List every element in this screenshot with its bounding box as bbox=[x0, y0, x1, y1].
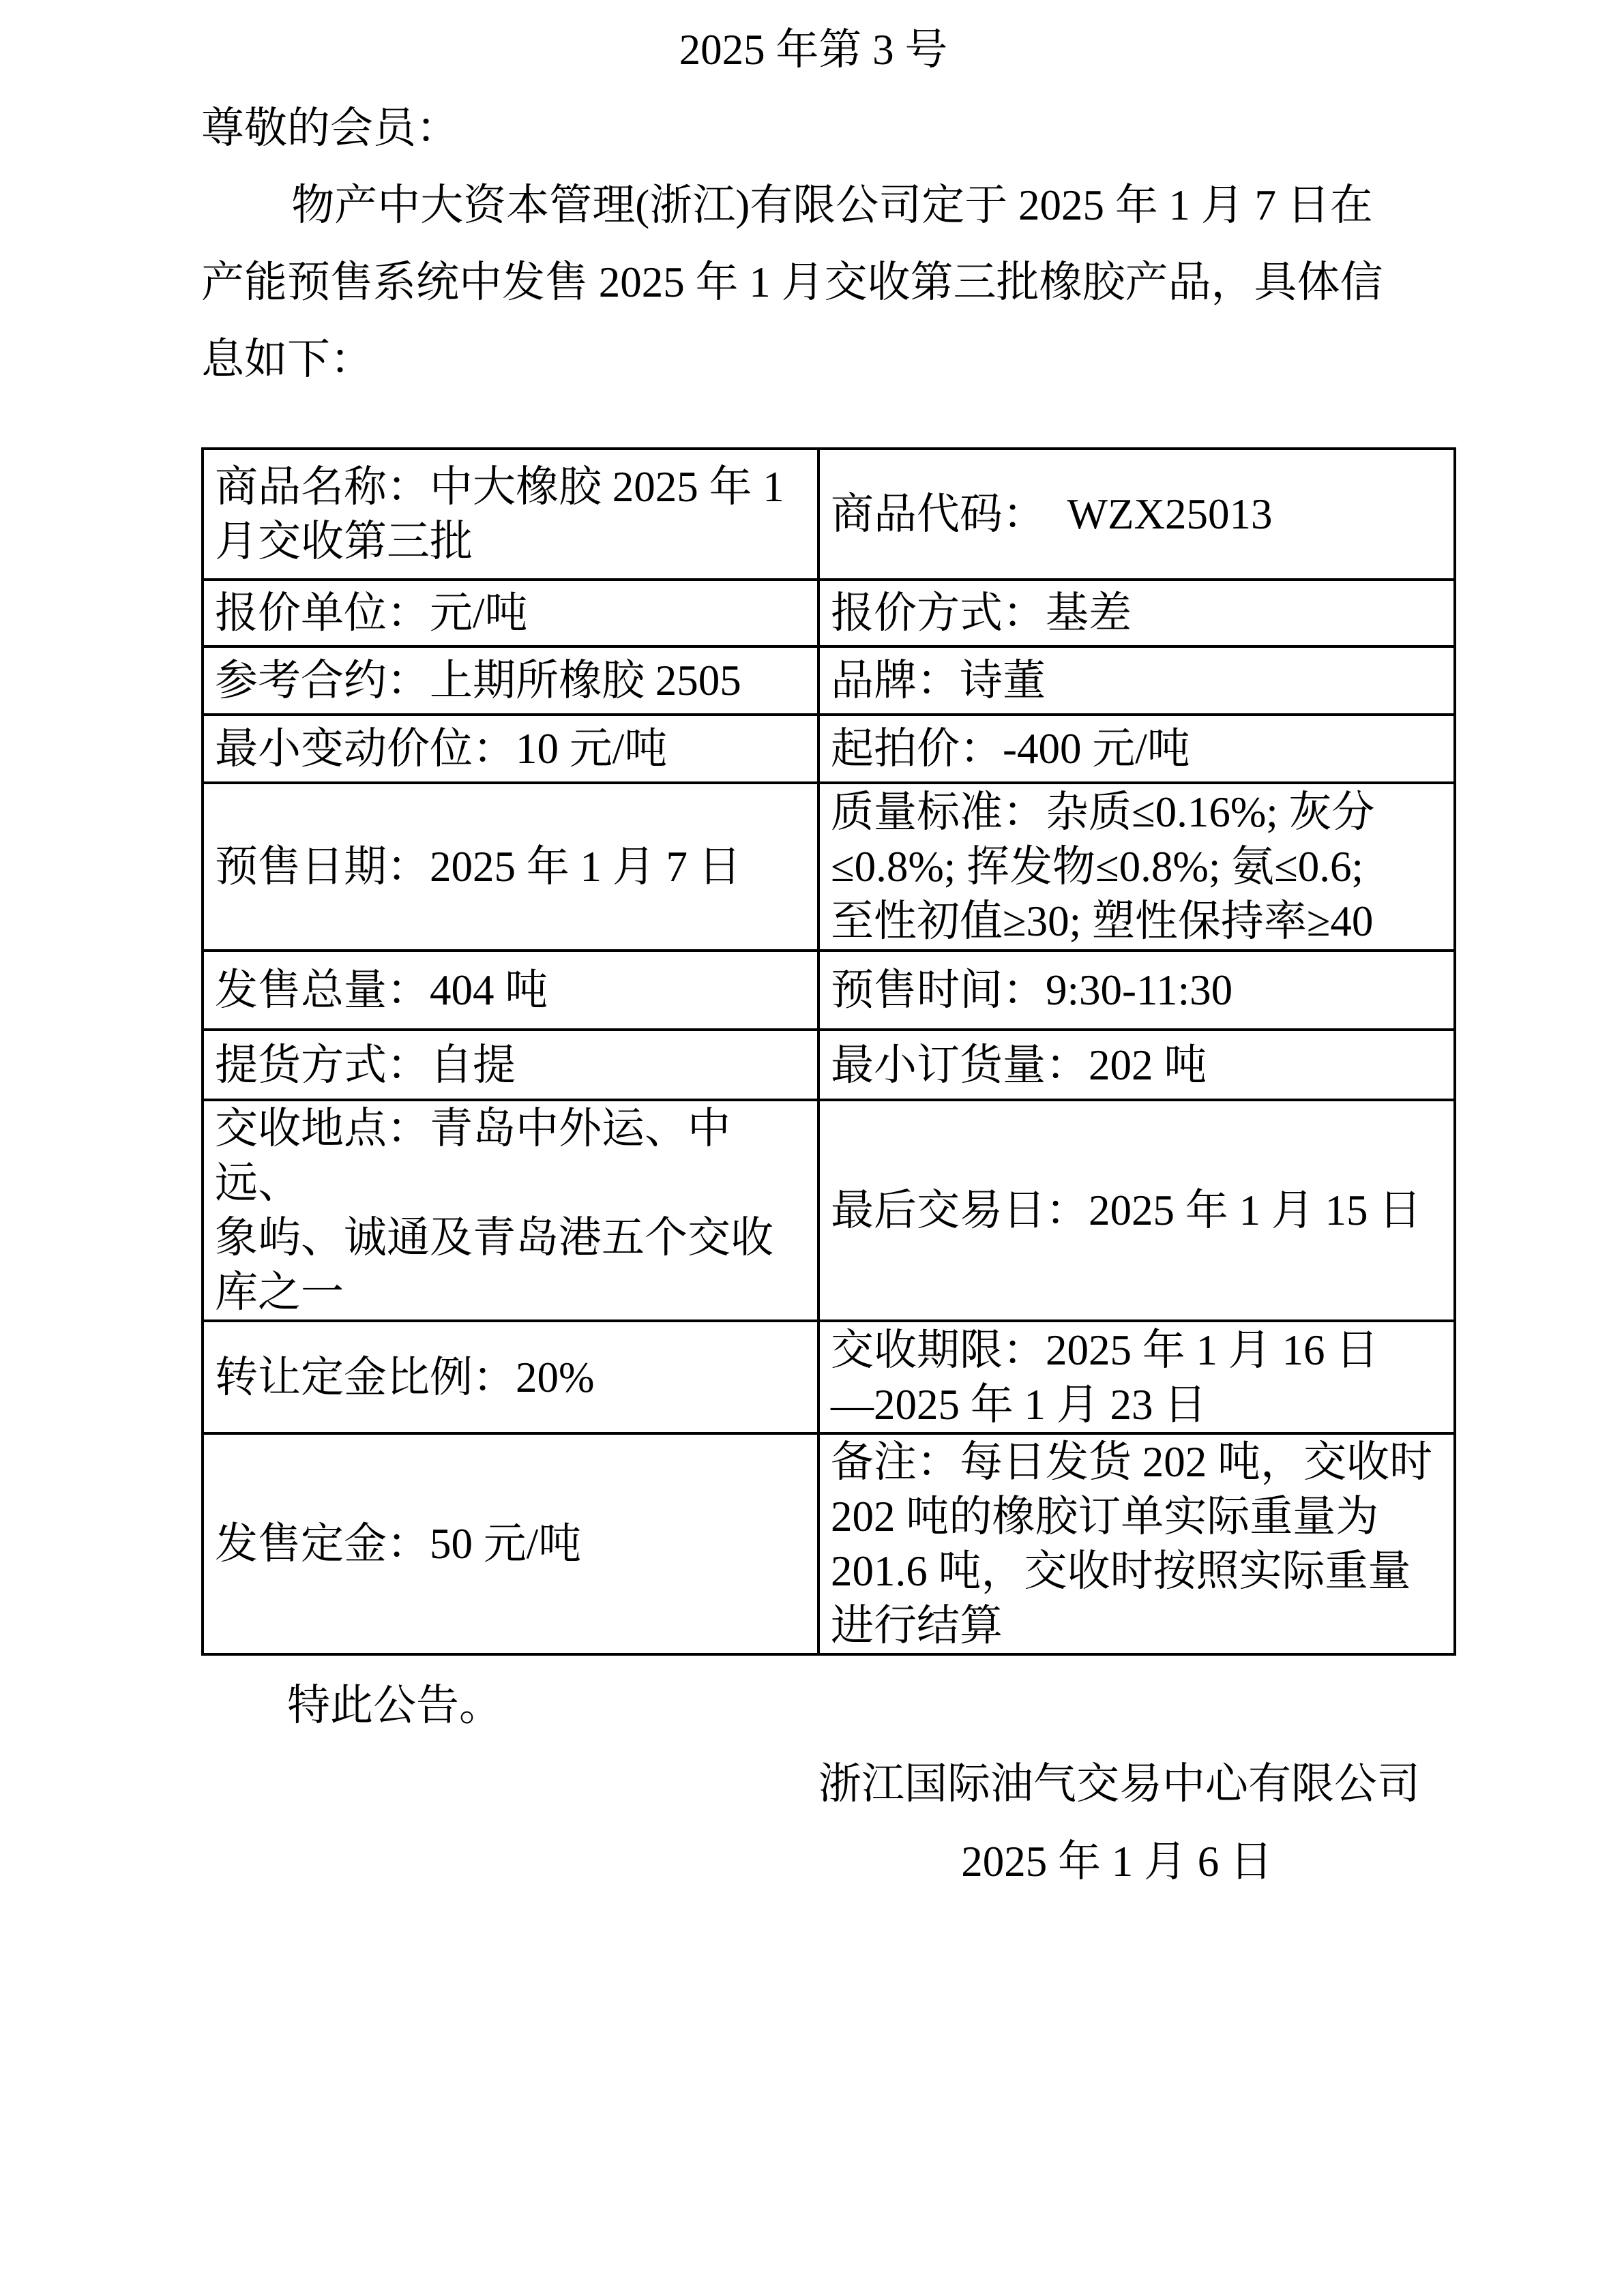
table-row: 报价单位：元/吨 报价方式：基差 bbox=[203, 580, 1455, 646]
table-row: 发售定金：50 元/吨 备注：每日发货 202 吨，交收时 202 吨的橡胶订单… bbox=[203, 1433, 1455, 1654]
salutation: 尊敬的会员： bbox=[201, 98, 1426, 159]
closing-statement: 特此公告。 bbox=[201, 1675, 1426, 1736]
table-row: 转让定金比例：20% 交收期限：2025 年 1 月 16 日 —2025 年 … bbox=[203, 1321, 1455, 1433]
issue-date: 2025 年 1 月 6 日 bbox=[201, 1828, 1426, 1896]
cell-quote-method: 报价方式：基差 bbox=[818, 580, 1455, 646]
cell-min-tick: 最小变动价位：10 元/吨 bbox=[203, 715, 818, 783]
cell-product-code: 商品代码： WZX25013 bbox=[818, 449, 1455, 580]
cell-starting-price: 起拍价：-400 元/吨 bbox=[818, 715, 1455, 783]
table-row: 商品名称：中大橡胶 2025 年 1 月交收第三批 商品代码： WZX25013 bbox=[203, 449, 1455, 580]
cell-remarks: 备注：每日发货 202 吨，交收时 202 吨的橡胶订单实际重量为 201.6 … bbox=[818, 1433, 1455, 1654]
product-info-table: 商品名称：中大橡胶 2025 年 1 月交收第三批 商品代码： WZX25013… bbox=[201, 447, 1456, 1656]
table-row: 发售总量：404 吨 预售时间：9:30-11:30 bbox=[203, 951, 1455, 1030]
cell-reference-contract: 参考合约：上期所橡胶 2505 bbox=[203, 646, 818, 715]
document-number: 2025 年第 3 号 bbox=[201, 17, 1426, 83]
cell-sale-deposit: 发售定金：50 元/吨 bbox=[203, 1433, 818, 1654]
cell-delivery-location: 交收地点：青岛中外运、中远、 象屿、诚通及青岛港五个交收 库之一 bbox=[203, 1100, 818, 1321]
cell-pickup-method: 提货方式：自提 bbox=[203, 1030, 818, 1100]
cell-quality-standard: 质量标准：杂质≤0.16%; 灰分 ≤0.8%; 挥发物≤0.8%; 氨≤0.6… bbox=[818, 783, 1455, 951]
cell-brand: 品牌：诗董 bbox=[818, 646, 1455, 715]
cell-presale-date: 预售日期：2025 年 1 月 7 日 bbox=[203, 783, 818, 951]
announcement-page: 2025 年第 3 号 尊敬的会员： 物产中大资本管理(浙江)有限公司定于 20… bbox=[0, 0, 1624, 2296]
table-row: 最小变动价位：10 元/吨 起拍价：-400 元/吨 bbox=[203, 715, 1455, 783]
cell-transfer-deposit-ratio: 转让定金比例：20% bbox=[203, 1321, 818, 1433]
table-row: 预售日期：2025 年 1 月 7 日 质量标准：杂质≤0.16%; 灰分 ≤0… bbox=[203, 783, 1455, 951]
cell-last-trading-day: 最后交易日：2025 年 1 月 15 日 bbox=[818, 1100, 1455, 1321]
issuer-name: 浙江国际油气交易中心有限公司 bbox=[201, 1750, 1426, 1818]
cell-min-order-quantity: 最小订货量：202 吨 bbox=[818, 1030, 1455, 1100]
cell-quote-unit: 报价单位：元/吨 bbox=[203, 580, 818, 646]
cell-delivery-period: 交收期限：2025 年 1 月 16 日 —2025 年 1 月 23 日 bbox=[818, 1321, 1455, 1433]
table-row: 参考合约：上期所橡胶 2505 品牌：诗董 bbox=[203, 646, 1455, 715]
cell-presale-time: 预售时间：9:30-11:30 bbox=[818, 951, 1455, 1030]
intro-paragraph: 物产中大资本管理(浙江)有限公司定于 2025 年 1 月 7 日在 产能预售系… bbox=[201, 167, 1426, 398]
table-row: 提货方式：自提 最小订货量：202 吨 bbox=[203, 1030, 1455, 1100]
cell-total-volume: 发售总量：404 吨 bbox=[203, 951, 818, 1030]
cell-product-name: 商品名称：中大橡胶 2025 年 1 月交收第三批 bbox=[203, 449, 818, 580]
table-row: 交收地点：青岛中外运、中远、 象屿、诚通及青岛港五个交收 库之一 最后交易日：2… bbox=[203, 1100, 1455, 1321]
